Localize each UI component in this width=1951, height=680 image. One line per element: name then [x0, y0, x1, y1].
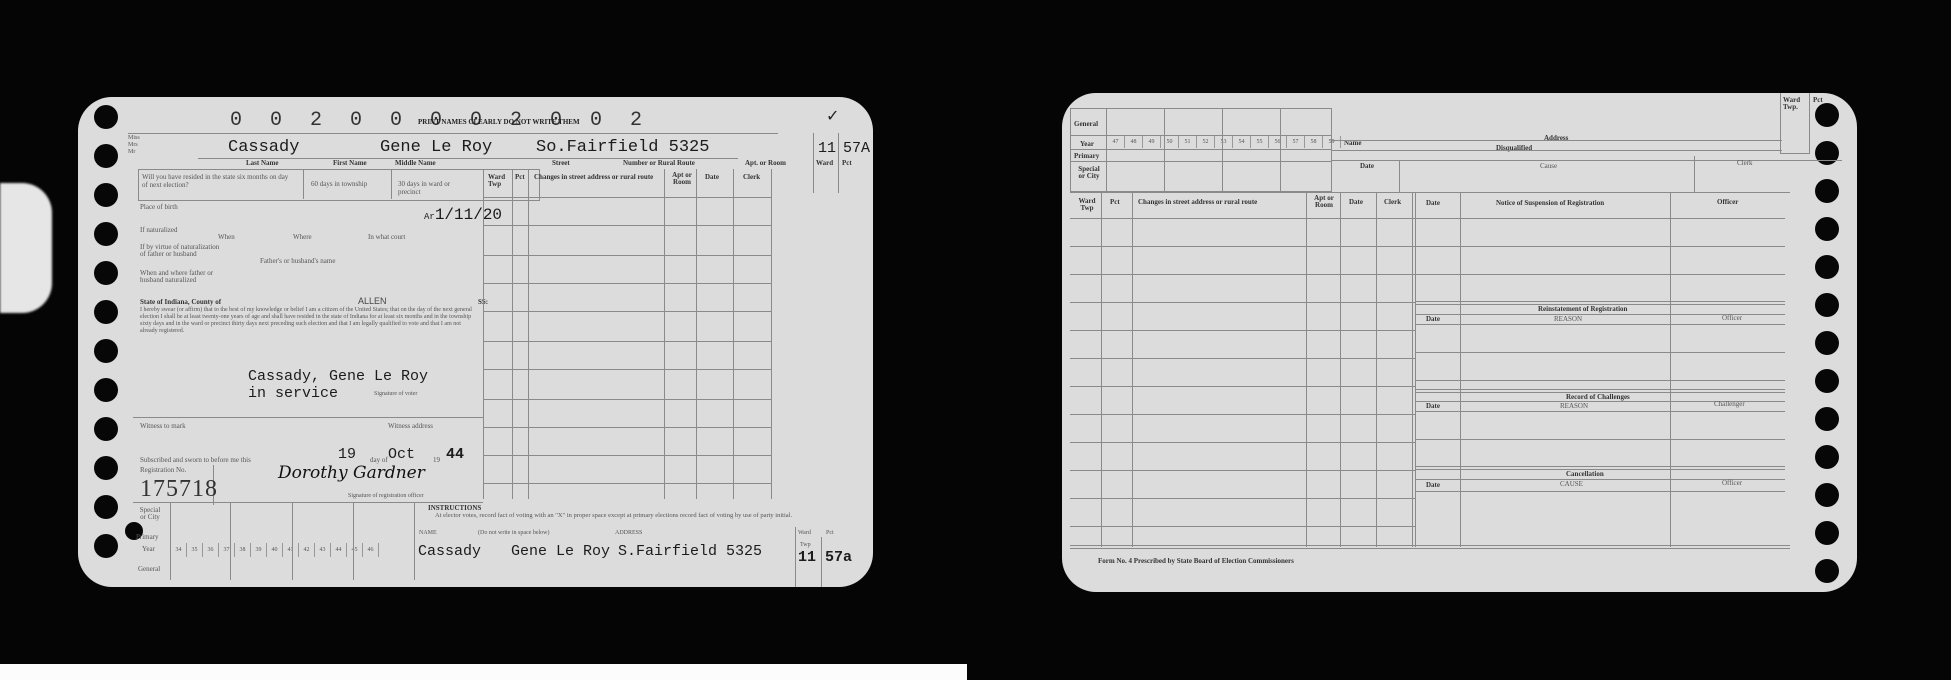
header-changes-address: Changes in street address or rural route: [534, 174, 653, 181]
punch-hole: [94, 456, 118, 480]
form-footer: Form No. 4 Prescribed by State Board of …: [1098, 558, 1294, 565]
label-what-court: In what court: [368, 234, 405, 241]
punch-hole: [94, 417, 118, 441]
label-date: Date: [1360, 163, 1374, 170]
header-challenges-reason: REASON: [1560, 403, 1588, 410]
punch-hole: [94, 534, 118, 558]
punch-hole: [1815, 445, 1839, 469]
label-signature-voter: Signature of voter: [374, 391, 417, 397]
year-cell: 54: [1232, 136, 1250, 148]
punch-hole: [94, 261, 118, 285]
row-label-special-city: Special or City: [1076, 166, 1102, 180]
sworn-year: 44: [446, 447, 464, 462]
year-cell: 57: [1286, 136, 1304, 148]
birth-date-value: 1/11/20: [435, 206, 502, 224]
header-suspension-officer: Officer: [1717, 199, 1738, 206]
year-cell: 59: [1322, 136, 1341, 148]
row-label-primary: Primary: [136, 534, 159, 541]
label-state-county: State of Indiana, County of: [140, 299, 221, 306]
birth-prefix: Ar: [424, 212, 435, 222]
sworn-day: 19: [338, 447, 356, 462]
label-ward-twp: Ward Twp.: [1783, 97, 1807, 111]
year-cell: 38: [234, 543, 250, 557]
row-label-general: General: [1074, 121, 1098, 128]
year-cell: 58: [1304, 136, 1322, 148]
label-when: When: [218, 234, 235, 241]
row-label-primary: Primary: [1074, 153, 1099, 160]
label-pct: Pct: [842, 160, 852, 167]
label-days-township: 60 days in township: [311, 180, 371, 188]
label-witness-mark: Witness to mark: [140, 423, 186, 430]
years-row-1934-1946: 34 35 36 37 38 39 40 41 42 43 44 45 46: [170, 543, 379, 557]
voting-grid: [1070, 108, 1332, 192]
label-middle-name: Middle Name: [395, 160, 436, 167]
instructions-title: INSTRUCTIONS: [428, 505, 481, 512]
year-cell: 46: [362, 543, 379, 557]
punch-hole: [94, 183, 118, 207]
punch-hole: [94, 495, 118, 519]
punch-hole: [1815, 141, 1839, 165]
county-value: ALLEN: [358, 297, 387, 306]
voter-signature-line2: in service: [248, 386, 338, 401]
header-cancellation-date: Date: [1426, 482, 1440, 489]
year-cell: 52: [1196, 136, 1214, 148]
years-row-1947-1959: 47 48 49 50 51 52 53 54 55 56 57 58 59: [1106, 136, 1341, 148]
year-cell: 41: [282, 543, 298, 557]
stub-last-name: Cassady: [418, 544, 481, 559]
punch-hole: [1815, 103, 1839, 127]
year-cell: 35: [186, 543, 202, 557]
stub-ward: 11: [798, 550, 816, 565]
first-middle-name-value: Gene Le Roy: [380, 139, 492, 156]
header-apt-room: Apt or Room: [670, 172, 694, 186]
header-ward-twp: Ward Twp: [488, 174, 510, 188]
header-cancellation-cause: CAUSE: [1560, 481, 1583, 488]
label-naturalized: If naturalized: [140, 227, 178, 234]
punch-hole: [1815, 521, 1839, 545]
label-registration-no: Registration No.: [140, 467, 186, 474]
year-cell: 44: [330, 543, 346, 557]
punch-hole: [94, 300, 118, 324]
punch-hole: [94, 105, 118, 129]
bottom-white-strip: [0, 664, 967, 680]
year-cell: 55: [1250, 136, 1268, 148]
sworn-month: Oct: [388, 447, 415, 462]
label-year-prefix: 19: [433, 457, 440, 464]
label-do-not-write: (Do not write in space below): [478, 530, 549, 536]
label-street: Street: [552, 160, 570, 167]
punch-hole: [1815, 331, 1839, 355]
label-resided-state: Will you have resided in the state six m…: [142, 173, 292, 189]
challenges-title: Record of Challenges: [1566, 394, 1630, 401]
stub-first-middle: Gene Le Roy: [511, 544, 610, 559]
cancellation-title: Cancellation: [1566, 471, 1604, 478]
header-apt-room: Apt or Room: [1310, 195, 1338, 209]
punch-hole: [1815, 293, 1839, 317]
year-cell: 42: [298, 543, 314, 557]
header-cancellation-officer: Officer: [1722, 480, 1742, 487]
voter-signature-line1: Cassady, Gene Le Roy: [248, 369, 428, 384]
punch-hole: [94, 339, 118, 363]
year-cell: 39: [250, 543, 266, 557]
year-cell: 51: [1178, 136, 1196, 148]
row-label-special: Special or City: [138, 507, 162, 521]
header-reinstatement-officer: Officer: [1722, 315, 1742, 322]
oath-text: I hereby swear (or affirm) that to the b…: [140, 307, 480, 335]
print-instruction: PRINT NAMES CLEARLY DO NOT WRITE THEM: [418, 119, 580, 126]
registration-number: 175718: [140, 477, 218, 501]
header-date: Date: [705, 174, 719, 181]
label-when-where-father: When and where father or husband natural…: [140, 270, 230, 284]
punch-hole: [94, 378, 118, 402]
year-cell: 37: [218, 543, 234, 557]
punch-hole: [1815, 407, 1839, 431]
punch-hole: [1815, 255, 1839, 279]
label-number-rural: Number or Rural Route: [623, 160, 695, 167]
label-stub-name: NAME: [419, 530, 437, 536]
label-stub-ward: Ward: [798, 530, 811, 536]
year-cell: 43: [314, 543, 330, 557]
stub-precinct: 57a: [825, 550, 852, 565]
officer-signature: Dorothy Gardner: [278, 465, 425, 482]
year-cell: 53: [1214, 136, 1232, 148]
punch-hole: [94, 222, 118, 246]
card-tab-shadow: [0, 183, 52, 313]
last-name-value: Cassady: [228, 139, 299, 156]
label-clerk: Clerk: [1737, 160, 1753, 167]
label-stub-address: ADDRESS: [615, 530, 642, 536]
label-pct-top: Pct: [1813, 97, 1823, 104]
year-cell: 45: [346, 543, 362, 557]
punch-hole: [1815, 179, 1839, 203]
label-subscribed: Subscribed and sworn to before me this: [140, 457, 251, 464]
header-reinstatement-reason: REASON: [1554, 316, 1582, 323]
label-place-of-birth: Place of birth: [140, 204, 178, 211]
header-pct: Pct: [1110, 199, 1120, 206]
header-suspension-notice: Notice of Suspension of Registration: [1496, 200, 1604, 207]
year-cell: 34: [170, 543, 186, 557]
header-date: Date: [1349, 199, 1363, 206]
header-ward-twp: Ward Twp: [1074, 198, 1100, 212]
punch-hole: [1815, 483, 1839, 507]
label-by-virtue: If by virtue of naturalization of father…: [140, 244, 220, 258]
year-cell: 48: [1124, 136, 1142, 148]
label-cause: Cause: [1540, 163, 1557, 170]
header-reinstatement-date: Date: [1426, 316, 1440, 323]
header-clerk: Clerk: [1384, 199, 1401, 206]
punch-hole: [94, 144, 118, 168]
reinstatement-title: Reinstatement of Registration: [1538, 306, 1627, 313]
label-last-name: Last Name: [246, 160, 278, 167]
year-cell: 49: [1142, 136, 1160, 148]
check-mark-icon: ✓: [826, 109, 839, 125]
header-clerk: Clerk: [743, 174, 760, 181]
punch-hole: [1815, 369, 1839, 393]
instructions-text: At elector votes, record fact of voting …: [435, 512, 835, 519]
label-days-ward: 30 days in ward or precinct: [398, 180, 468, 196]
label-witness-address: Witness address: [388, 423, 433, 430]
label-where: Where: [293, 234, 312, 241]
label-father-name: Father's or husband's name: [260, 258, 335, 265]
registration-card-back: General Year Primary Special or City 47 …: [1062, 93, 1857, 592]
row-label-year: Year: [142, 546, 155, 553]
label-first-name: First Name: [333, 160, 367, 167]
row-label-year: Year: [1080, 141, 1094, 148]
precinct-value: 57A: [843, 141, 870, 156]
header-pct: Pct: [515, 174, 525, 181]
punch-hole: [1815, 217, 1839, 241]
ward-value: 11: [818, 141, 836, 156]
stub-address: S.Fairfield 5325: [618, 544, 762, 559]
punch-hole: [1815, 559, 1839, 583]
title-options: Miss Mrs Mr: [128, 135, 140, 156]
label-apt-room: Apt. or Room: [745, 160, 786, 167]
row-label-general: General: [138, 566, 160, 573]
label-signature-officer: Signature of registration officer: [348, 493, 424, 499]
header-changes-address: Changes in street address or rural route: [1138, 199, 1257, 206]
label-ward: Ward: [816, 160, 833, 167]
header-challenges-date: Date: [1426, 403, 1440, 410]
label-stub-pct: Pct: [826, 530, 834, 536]
header-challenges-challenger: Challenger: [1714, 401, 1745, 408]
header-suspension-date: Date: [1426, 200, 1440, 207]
street-value: So.Fairfield 5325: [536, 139, 709, 156]
year-cell: 40: [266, 543, 282, 557]
year-cell: 56: [1268, 136, 1286, 148]
year-cell: 50: [1160, 136, 1178, 148]
year-cell: 47: [1106, 136, 1124, 148]
label-stub-twp: Twp: [800, 542, 811, 548]
registration-card-front: 0 0 2 0 0 0 0 2 0 0 2 PRINT NAMES CLEARL…: [78, 97, 873, 587]
year-cell: 36: [202, 543, 218, 557]
label-name: Name: [1344, 140, 1362, 147]
birth-date: Ar1/11/20: [424, 207, 502, 223]
